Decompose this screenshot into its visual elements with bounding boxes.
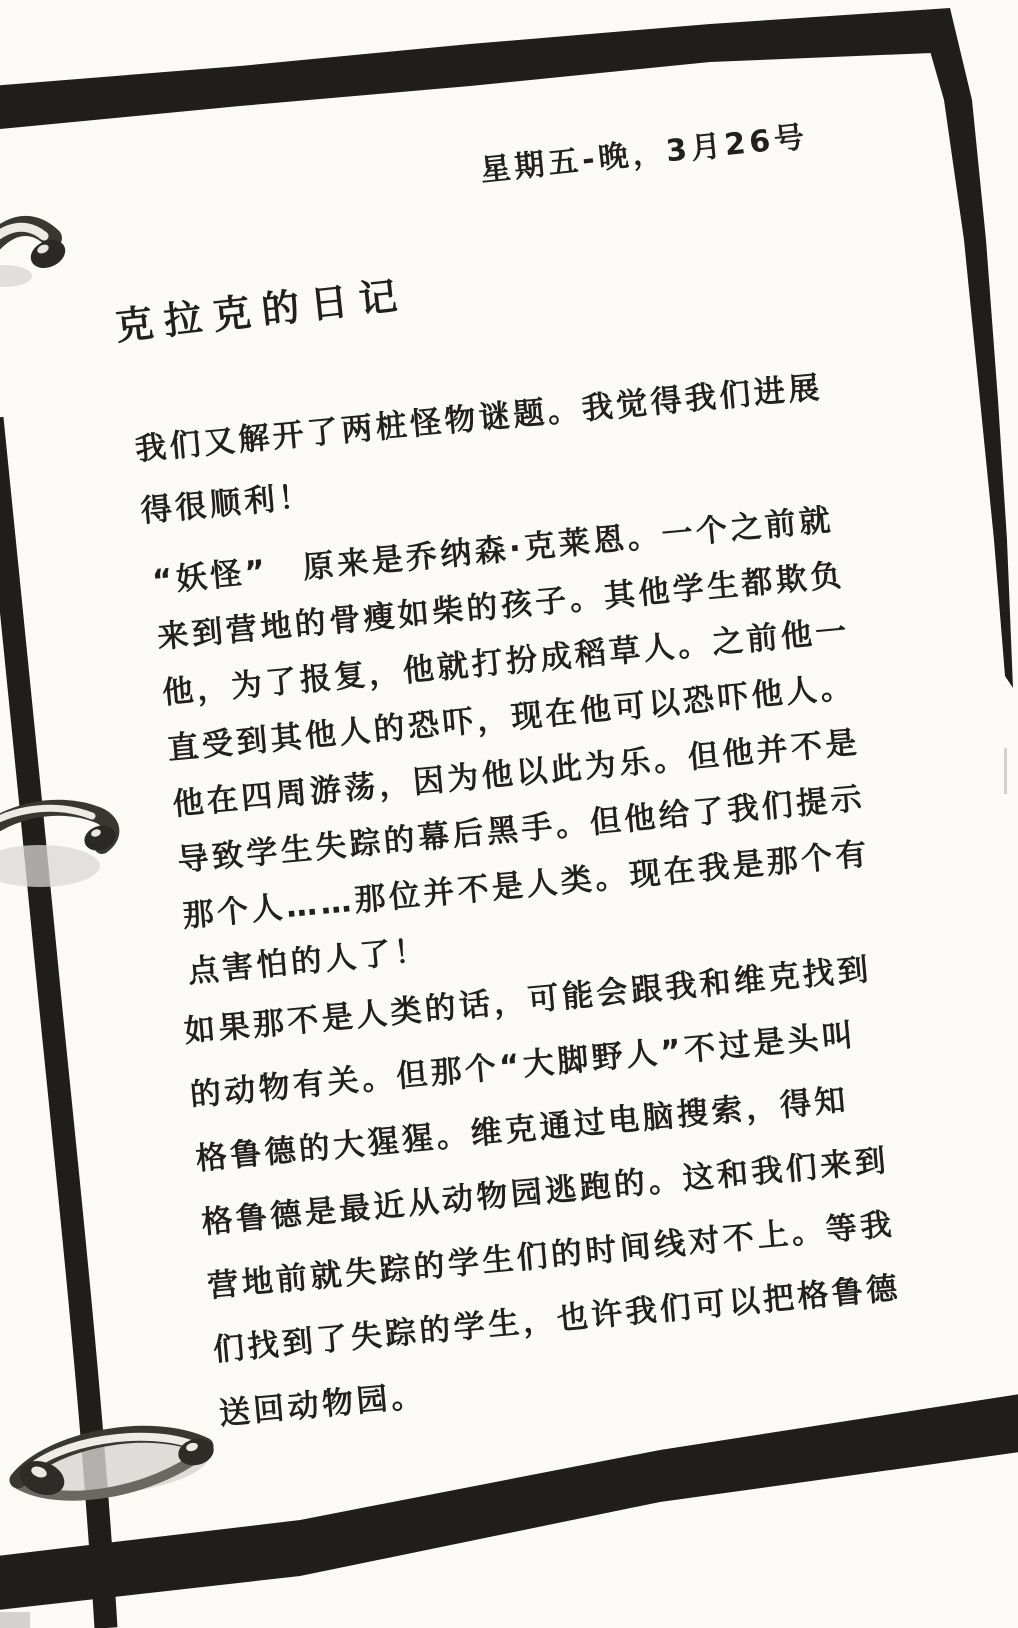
binder-ring-top [0,226,70,287]
diary-paragraph-3: 如果那不是人类的话，可能会跟我和维克找到 的动物有关。但那个“大脚野人”不过是头… [182,943,910,1452]
ink-smudge [0,1612,30,1628]
diary-page: 星期五-晚，3月26号 克拉克的日记 我们又解开了两桩怪物谜题。我觉得我们进展 … [0,0,1018,1628]
binder-ring-middle [0,808,119,887]
frame-border-top [0,8,956,130]
frame-border-right [928,8,1013,688]
binder-ring-bottom [15,1431,217,1506]
paper-scratch [1004,748,1007,794]
diary-paragraph-2: “妖怪” 原来是乔纳森·克莱恩。一个之前就 来到营地的骨瘦如柴的孩子。其他学生都… [150,493,878,1002]
